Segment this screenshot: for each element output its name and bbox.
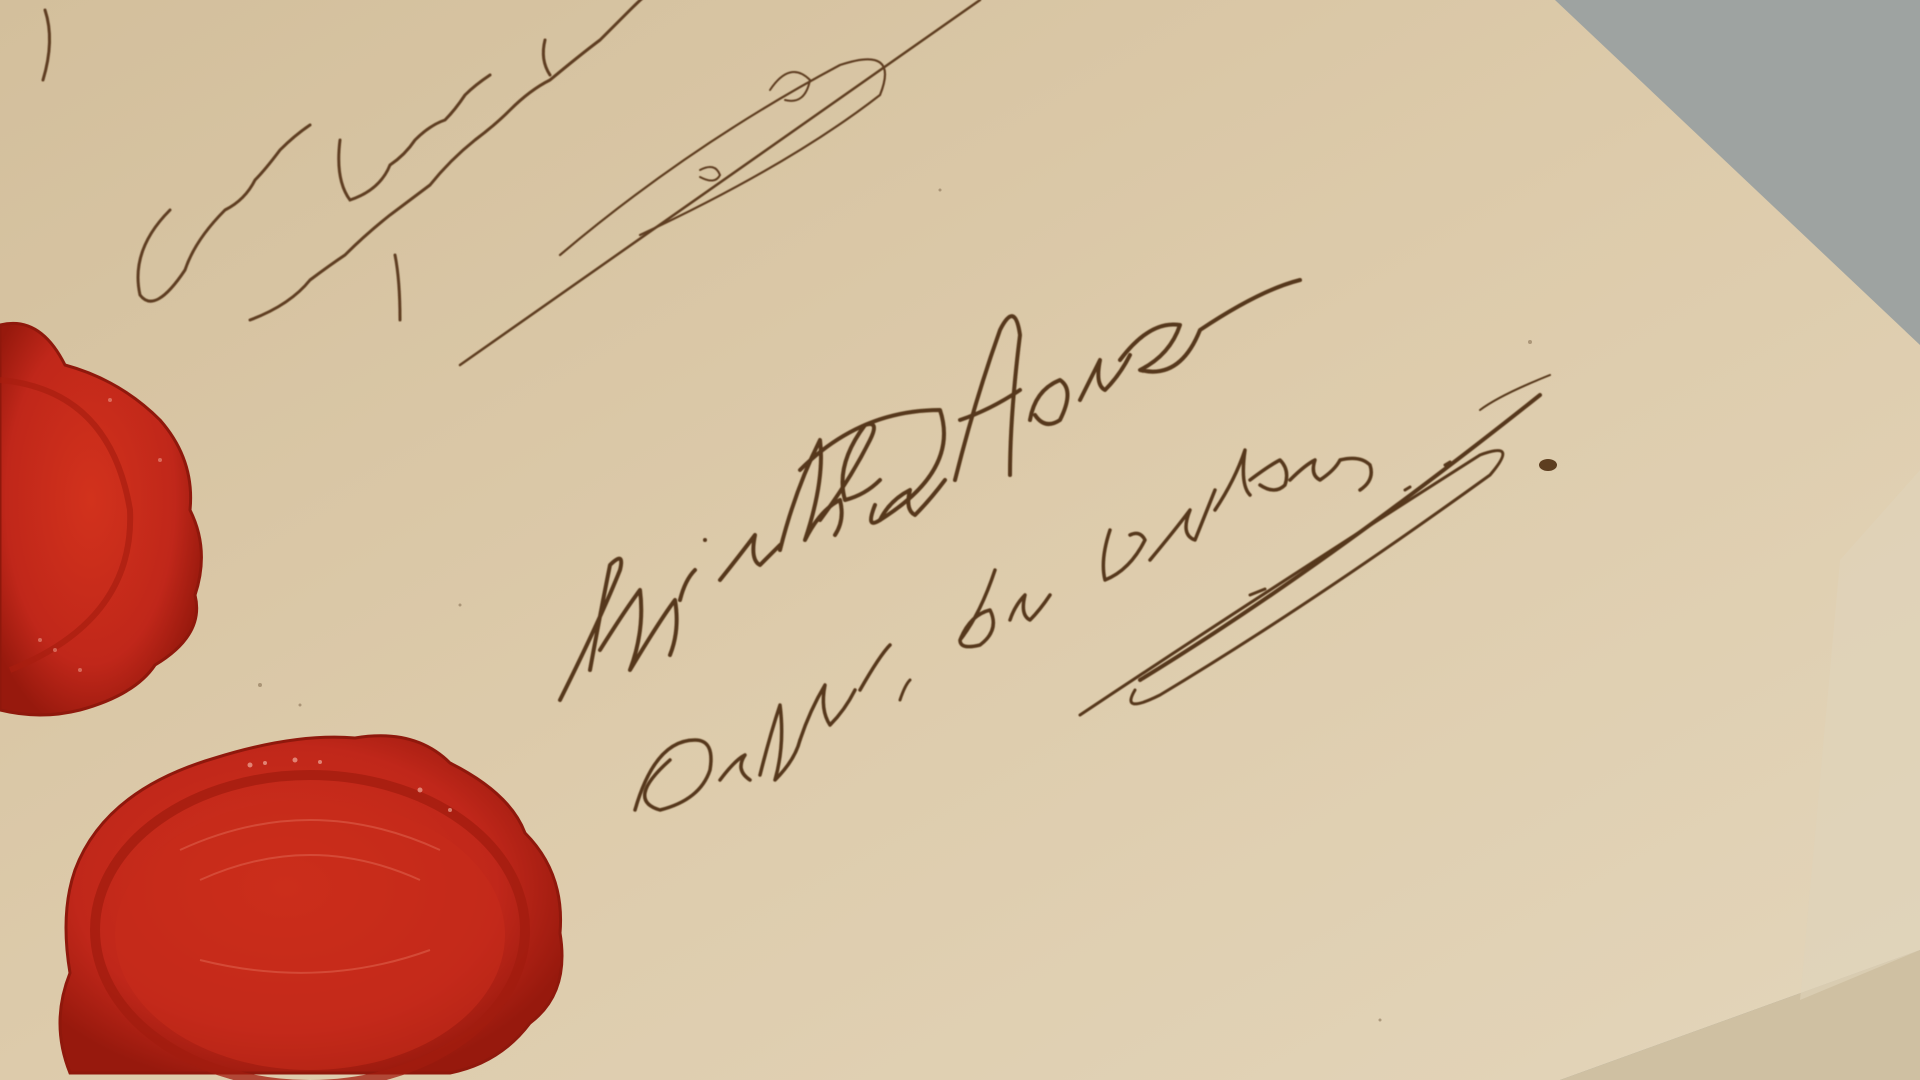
- ink-dot: [1539, 459, 1557, 471]
- document-photo: [0, 0, 1920, 1080]
- photo-scene: Michel Dufour Député du Valais: [0, 0, 1920, 1080]
